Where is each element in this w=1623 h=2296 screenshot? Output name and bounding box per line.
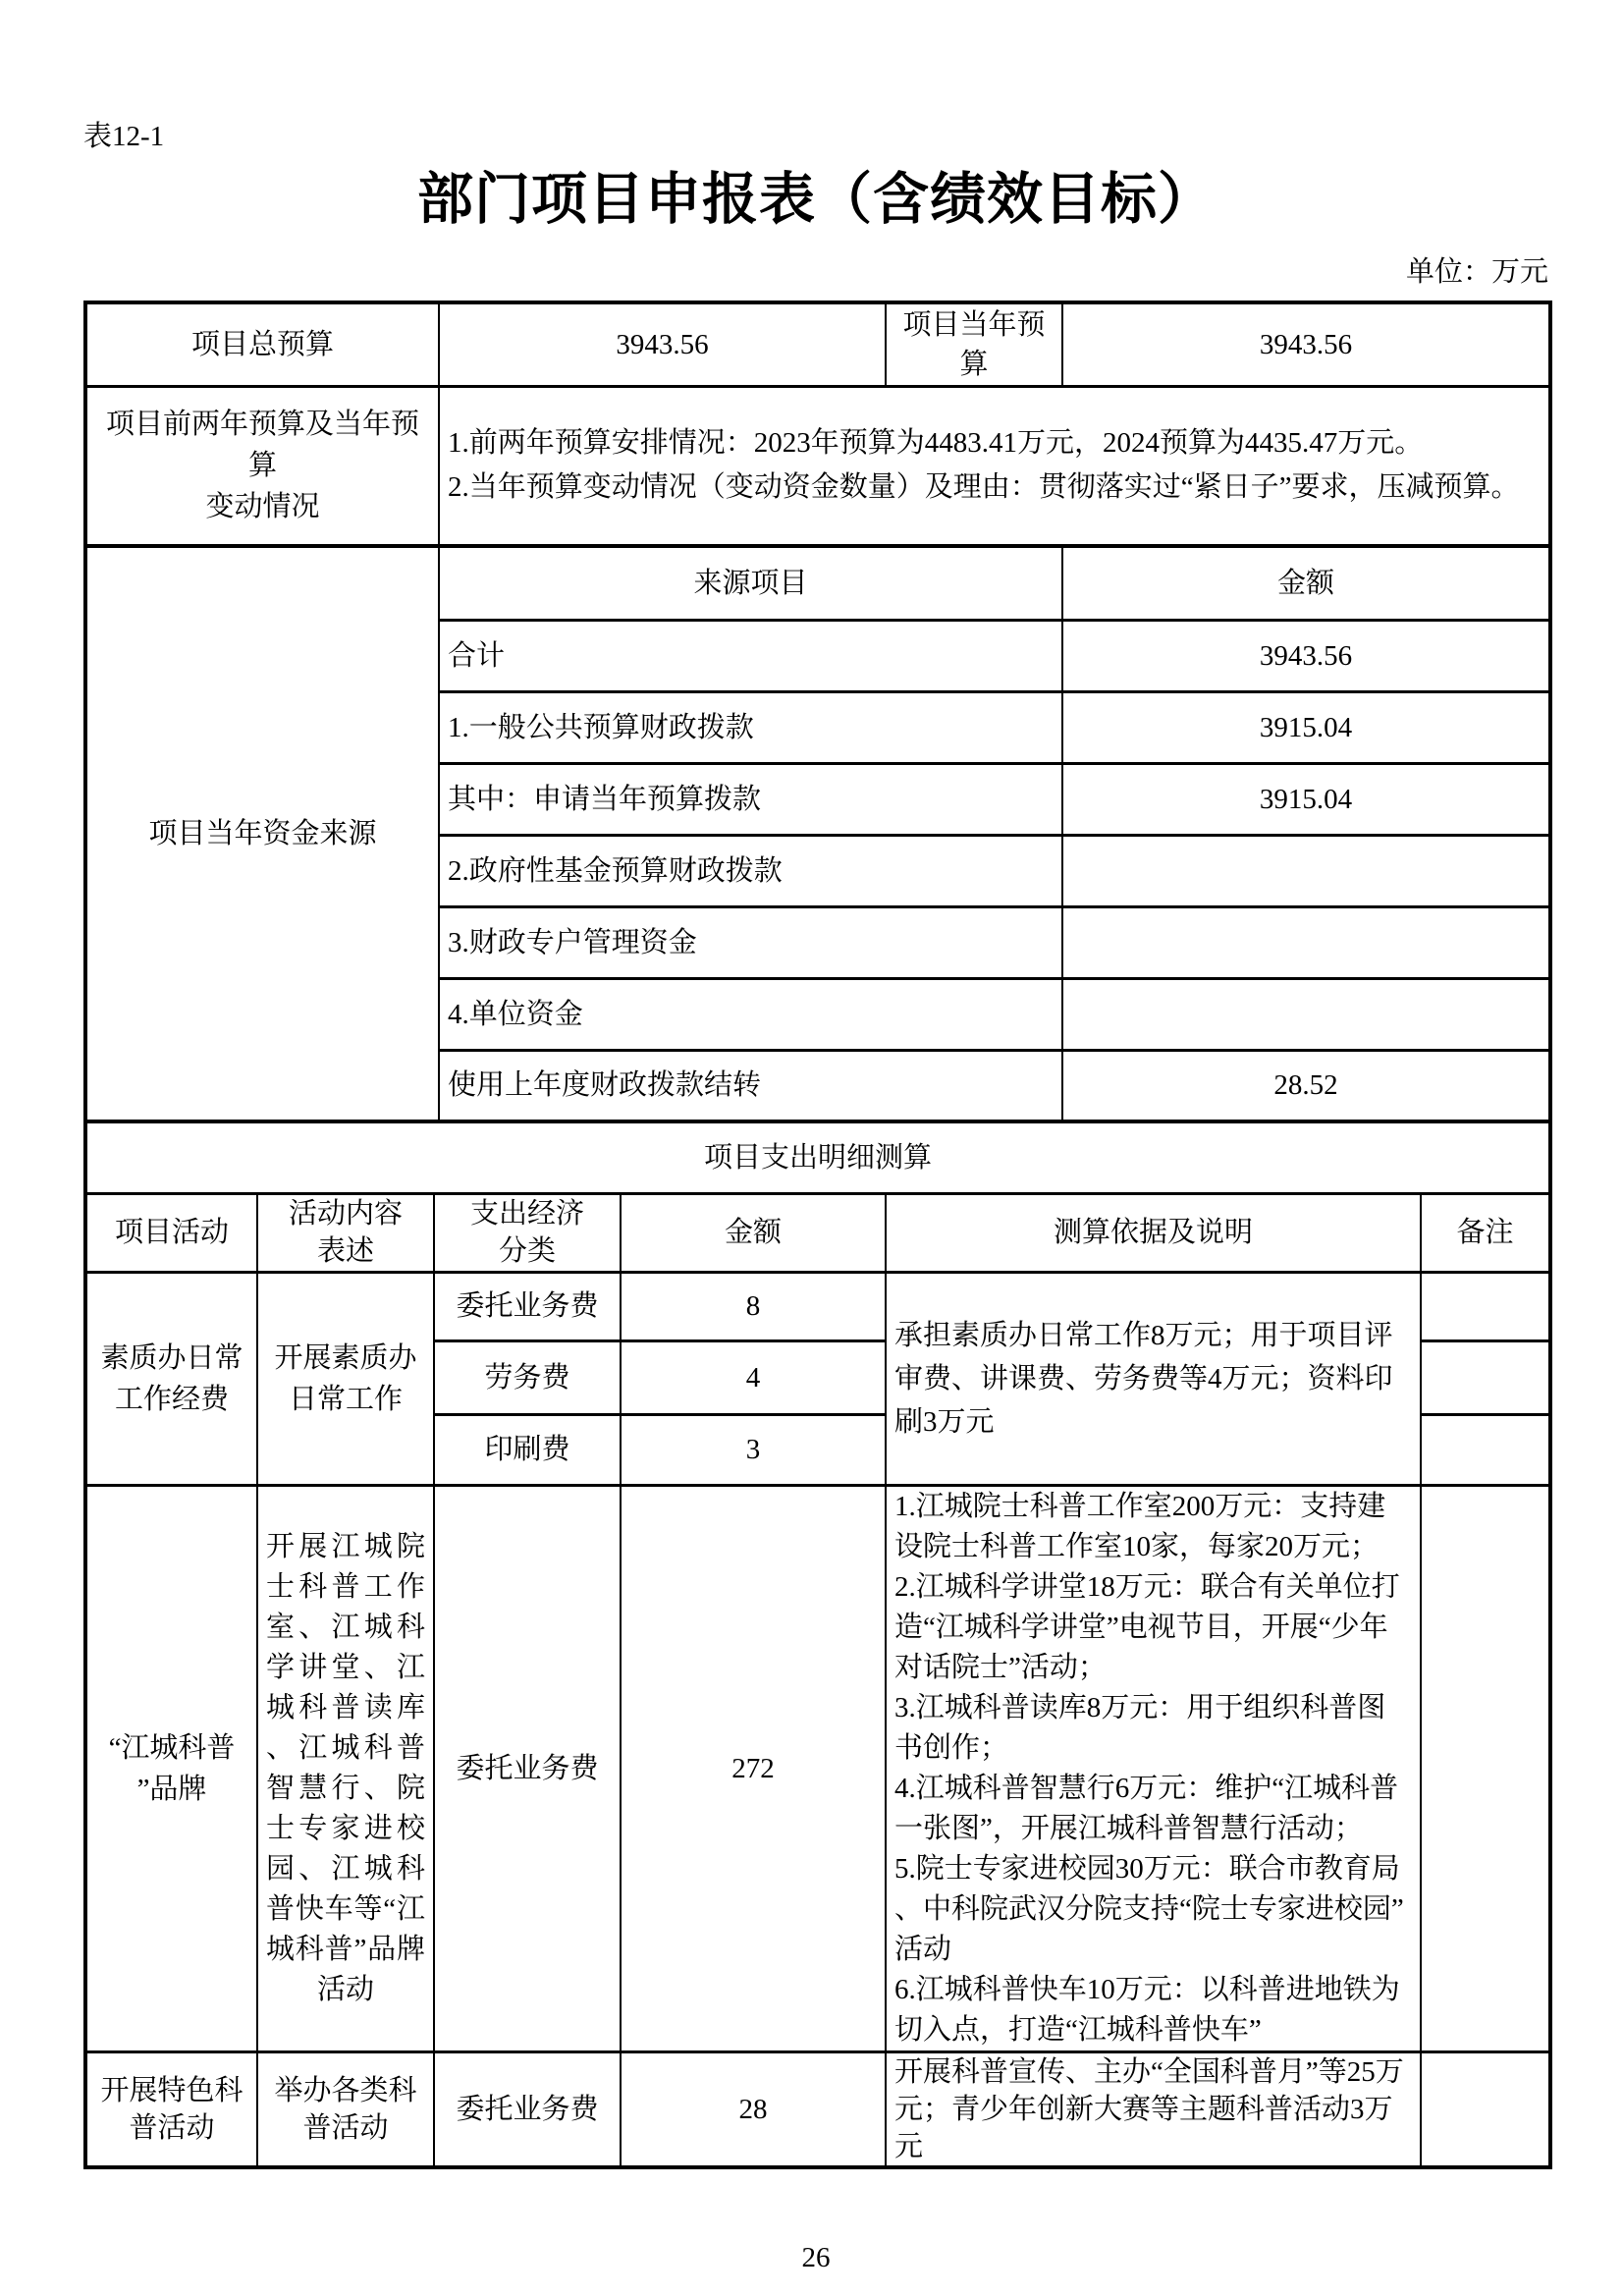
- summary-table: 项目总预算 3943.56 项目当年预算 3943.56 项目前两年预算及当年预…: [83, 301, 1552, 548]
- expenditure-table: 项目支出明细测算 项目活动 活动内容 表述 支出经济 分类 金额 测算依据及说明…: [83, 1120, 1552, 2169]
- block2-activity: “江城科普 ”品牌: [85, 1485, 257, 2051]
- total-budget-label: 项目总预算: [85, 302, 439, 386]
- block3-remark: [1421, 2051, 1550, 2167]
- page-title: 部门项目申报表（含绩效目标）: [83, 165, 1548, 236]
- block1-category: 劳务费: [434, 1340, 621, 1414]
- col-header-amount: 金额: [621, 1193, 886, 1272]
- table-number-label: 表12-1: [83, 120, 1548, 153]
- block1-amount: 8: [621, 1272, 886, 1340]
- funding-source: 其中：申请当年预算拨款: [439, 763, 1062, 835]
- block3-basis: 开展科普宣传、主办“全国科普月”等25万元；青少年创新大赛等主题科普活动3万元: [886, 2051, 1421, 2167]
- block3-category: 委托业务费: [434, 2051, 621, 2167]
- expenditure-section-row: 项目支出明细测算: [85, 1121, 1550, 1193]
- col-header-basis: 测算依据及说明: [886, 1193, 1421, 1272]
- document-body: 表12-1 部门项目申报表（含绩效目标） 单位：万元 项目总预算 3943.56…: [0, 0, 1623, 2274]
- block1-content: 开展素质办 日常工作: [257, 1272, 434, 1485]
- funding-amount: [1062, 906, 1550, 978]
- col-header-content: 活动内容 表述: [257, 1193, 434, 1272]
- funding-source-header: 来源项目: [439, 546, 1062, 620]
- funding-row-label: 项目当年资金来源: [85, 546, 439, 1121]
- funding-source: 4.单位资金: [439, 978, 1062, 1050]
- block3-row: 开展特色科 普活动 举办各类科 普活动 委托业务费 28 开展科普宣传、主办“全…: [85, 2051, 1550, 2167]
- history-text: 1.前两年预算安排情况：2023年预算为4483.41万元，2024预算为443…: [439, 386, 1550, 546]
- block1-remark: [1421, 1414, 1550, 1485]
- expenditure-header-row: 项目活动 活动内容 表述 支出经济 分类 金额 测算依据及说明 备注: [85, 1193, 1550, 1272]
- unit-note: 单位：万元: [83, 255, 1548, 289]
- funding-amount: 3943.56: [1062, 620, 1550, 691]
- current-year-budget-value: 3943.56: [1062, 302, 1550, 386]
- funding-table: 项目当年资金来源 来源项目 金额 合计 3943.56 1.一般公共预算财政拨款…: [83, 544, 1552, 1123]
- expenditure-section-title: 项目支出明细测算: [85, 1121, 1550, 1193]
- block1-basis: 承担素质办日常工作8万元；用于项目评审费、讲课费、劳务费等4万元；资料印刷3万元: [886, 1272, 1421, 1485]
- funding-source: 2.政府性基金预算财政拨款: [439, 835, 1062, 906]
- funding-source: 1.一般公共预算财政拨款: [439, 691, 1062, 763]
- document-page: 表12-1 部门项目申报表（含绩效目标） 单位：万元 项目总预算 3943.56…: [0, 0, 1623, 2296]
- block1-remark: [1421, 1340, 1550, 1414]
- block2-basis: 1.江城院士科普工作室200万元：支持建设院士科普工作室10家，每家20万元； …: [886, 1485, 1421, 2051]
- total-budget-value: 3943.56: [439, 302, 886, 386]
- block3-content: 举办各类科 普活动: [257, 2051, 434, 2167]
- block1-amount: 4: [621, 1340, 886, 1414]
- block2-amount: 272: [621, 1485, 886, 2051]
- block3-amount: 28: [621, 2051, 886, 2167]
- funding-source: 使用上年度财政拨款结转: [439, 1050, 1062, 1121]
- block1-row-1: 素质办日常 工作经费 开展素质办 日常工作 委托业务费 8 承担素质办日常工作8…: [85, 1272, 1550, 1340]
- funding-amount-header: 金额: [1062, 546, 1550, 620]
- block2-row: “江城科普 ”品牌 开展江城院士科普工作室、江城科学讲堂、江城科普读库、江城科普…: [85, 1485, 1550, 2051]
- col-header-remark: 备注: [1421, 1193, 1550, 1272]
- page-number: 26: [83, 2242, 1548, 2274]
- funding-source: 3.财政专户管理资金: [439, 906, 1062, 978]
- block1-activity: 素质办日常 工作经费: [85, 1272, 257, 1485]
- block2-content: 开展江城院士科普工作室、江城科学讲堂、江城科普读库、江城科普智慧行、院士专家进校…: [257, 1485, 434, 2051]
- history-label: 项目前两年预算及当年预算 变动情况: [85, 386, 439, 546]
- funding-amount: [1062, 835, 1550, 906]
- funding-source: 合计: [439, 620, 1062, 691]
- block2-remark: [1421, 1485, 1550, 2051]
- funding-amount: 3915.04: [1062, 763, 1550, 835]
- funding-amount: 3915.04: [1062, 691, 1550, 763]
- summary-row-budget: 项目总预算 3943.56 项目当年预算 3943.56: [85, 302, 1550, 386]
- block2-category: 委托业务费: [434, 1485, 621, 2051]
- block1-category: 委托业务费: [434, 1272, 621, 1340]
- funding-amount: [1062, 978, 1550, 1050]
- current-year-budget-label: 项目当年预算: [886, 302, 1062, 386]
- funding-amount: 28.52: [1062, 1050, 1550, 1121]
- block3-activity: 开展特色科 普活动: [85, 2051, 257, 2167]
- funding-header-row: 项目当年资金来源 来源项目 金额: [85, 546, 1550, 620]
- block1-remark: [1421, 1272, 1550, 1340]
- col-header-activity: 项目活动: [85, 1193, 257, 1272]
- summary-row-history: 项目前两年预算及当年预算 变动情况 1.前两年预算安排情况：2023年预算为44…: [85, 386, 1550, 546]
- block1-category: 印刷费: [434, 1414, 621, 1485]
- block1-amount: 3: [621, 1414, 886, 1485]
- col-header-category: 支出经济 分类: [434, 1193, 621, 1272]
